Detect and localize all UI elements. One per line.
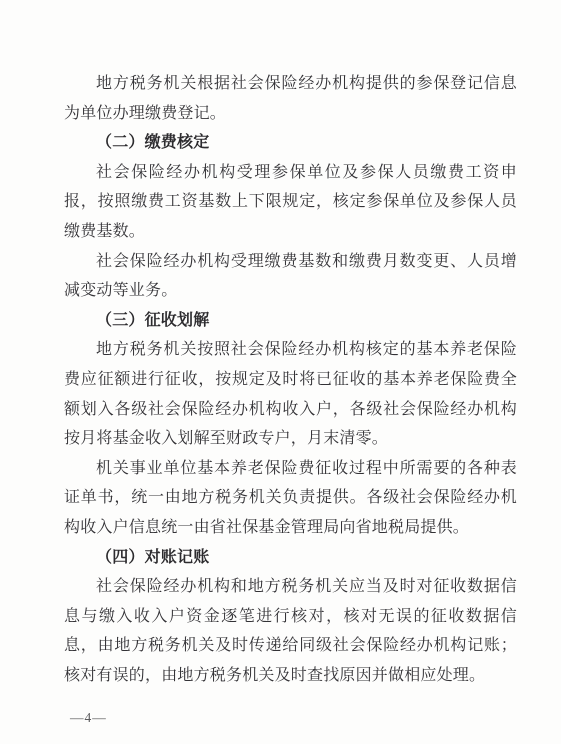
- body-paragraph: 机关事业单位基本养老保险费征收过程中所需要的各种表证单书，统一由地方税务机关负责…: [64, 454, 517, 543]
- paper-background: 地方税务机关根据社会保险经办机构提供的参保登记信息为单位办理缴费登记。（二）缴费…: [0, 0, 561, 744]
- section-heading: （三）征收划解: [64, 306, 517, 336]
- body-paragraph: 地方税务机关按照社会保险经办机构核定的基本养老保险费应征额进行征收，按规定及时将…: [64, 335, 517, 453]
- body-paragraph: 社会保险经办机构受理参保单位及参保人员缴费工资申报，按照缴费工资基数上下限规定，…: [64, 158, 517, 247]
- body-paragraph: 社会保险经办机构和地方税务机关应当及时对征收数据信息与缴入收入户资金逐笔进行核对…: [64, 572, 517, 690]
- page-number: —4—: [70, 710, 107, 726]
- body-paragraph: 社会保险经办机构受理缴费基数和缴费月数变更、人员增减变动等业务。: [64, 247, 517, 306]
- scanned-document-page: { "page": { "background_color": "#fdfdfc…: [0, 0, 561, 744]
- body-paragraph: 地方税务机关根据社会保险经办机构提供的参保登记信息为单位办理缴费登记。: [64, 69, 517, 128]
- document-body: 地方税务机关根据社会保险经办机构提供的参保登记信息为单位办理缴费登记。（二）缴费…: [64, 69, 517, 690]
- section-heading: （四）对账记账: [64, 543, 517, 573]
- section-heading: （二）缴费核定: [64, 128, 517, 158]
